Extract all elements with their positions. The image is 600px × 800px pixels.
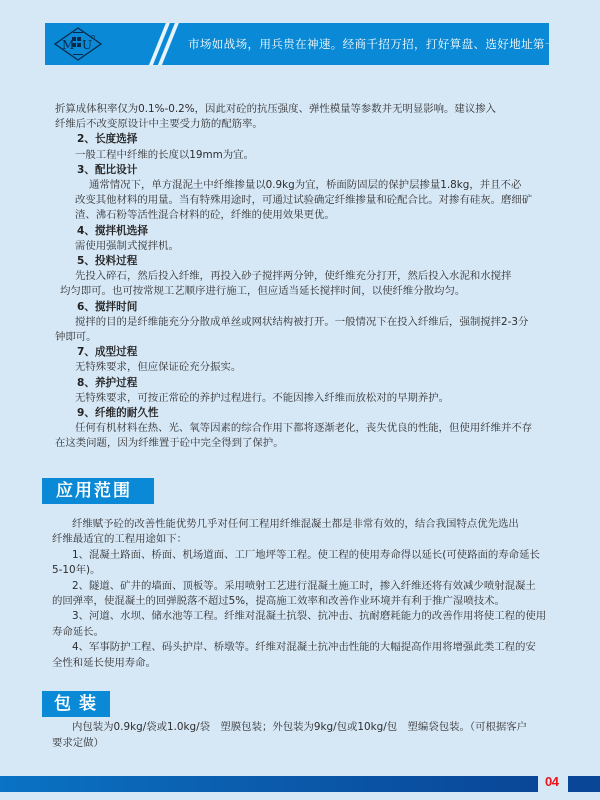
packaging-text: 内包装为0.9kg/袋或1.0kg/袋 塑膜包装；外包装为9kg/包或10kg/… — [52, 719, 562, 735]
step-heading-mixing-time: 6、搅拌时间 — [55, 300, 555, 315]
step-text: 搅拌的目的是纤维能充分分散成单丝或网状结构被打开。一般情况下在投入纤维后，强制搅… — [55, 315, 555, 330]
header-banner: M U 市场如战场，用兵贵在神速。经商千招万招，打好算盘、选好地址第一招。 — [45, 23, 549, 65]
step-heading-curing: 8、养护过程 — [55, 376, 555, 391]
application-intro: 纤维最适宜的工程用途如下： — [52, 532, 557, 547]
mbu-diamond-logo-icon: M U — [53, 26, 103, 62]
step-text: 改变其他材料的用量。当有特殊用途时，可通过试验确定纤维掺量和砼配合比。对掺有硅灰… — [55, 193, 555, 208]
step-text: 任何有机材料在热、光、氧等因素的综合作用下都将逐渐老化，丧失优良的性能，但使用纤… — [55, 421, 555, 436]
step-text: 渣、沸石粉等活性混合材料的砼，纤维的使用效果更优。 — [55, 208, 555, 223]
application-item: 全性和延长使用寿命。 — [52, 656, 557, 671]
application-item: 1、混凝土路面、桥面、机场道面、工厂地坪等工程。使工程的使用寿命得以延长(可使路… — [52, 548, 557, 563]
step-text: 一般工程中纤维的长度以19mm为宜。 — [55, 148, 555, 163]
step-heading-length: 2、长度选择 — [55, 132, 555, 147]
application-item: 4、军事防护工程、码头护岸、桥墩等。纤维对混凝土抗冲击性能的大幅提高作用将增强此… — [52, 640, 557, 655]
step-text: 通常情况下，单方混泥土中纤维掺量以0.9kg为宜，桥面防固层的保护层掺量1.8k… — [55, 178, 555, 193]
header-slogan: 市场如战场，用兵贵在神速。经商千招万招，打好算盘、选好地址第一招。 — [188, 23, 549, 65]
packaging-text: 要求定做） — [52, 735, 562, 751]
application-item: 的回弹率，使混凝土的回弹脱落不超过5%，提高施工效率和改善作业环境并有利于推广湿… — [52, 594, 557, 609]
application-item: 5-10年)。 — [52, 563, 557, 578]
step-text: 无特殊要求，可按正常砼的养护过程进行。不能因掺入纤维而放松对的早期养护。 — [55, 391, 555, 406]
application-item: 2、隧道、矿井的墙面、顶板等。采用喷射工艺进行混凝土施工时，掺入纤维还将有效减少… — [52, 579, 557, 594]
construction-guidelines: 折算成体积率仅为0.1%-0.2%，因此对砼的抗压强度、弹性模量等参数并无明显影… — [55, 102, 555, 452]
packaging-content: 内包装为0.9kg/袋或1.0kg/袋 塑膜包装；外包装为9kg/包或10kg/… — [52, 719, 562, 751]
step-heading-mix-design: 3、配比设计 — [55, 163, 555, 178]
section-title-application: 应用范围 — [42, 478, 154, 504]
step-text: 需使用强制式搅拌机。 — [55, 239, 555, 254]
page-number: 04 — [545, 774, 558, 789]
footer-bar-end — [568, 776, 600, 792]
step-text: 在这类问题，因为纤维置于砼中完全得到了保护。 — [55, 436, 555, 451]
footer-bar — [0, 776, 538, 792]
section-title-packaging: 包装 — [42, 691, 110, 717]
intro-line: 纤维后不改变原设计中主要受力筋的配筋率。 — [55, 117, 555, 132]
step-heading-feeding: 5、投料过程 — [55, 254, 555, 269]
step-heading-mixer: 4、搅拌机选择 — [55, 224, 555, 239]
step-text: 钟即可。 — [55, 330, 555, 345]
step-heading-forming: 7、成型过程 — [55, 345, 555, 360]
application-item: 寿命延长。 — [52, 625, 557, 640]
step-heading-durability: 9、纤维的耐久性 — [55, 406, 555, 421]
application-intro: 纤维赋予砼的改善性能优势几乎对任何工程用纤维混凝土都是非常有效的，结合我国特点优… — [52, 517, 557, 532]
step-text: 无特殊要求，但应保证砼充分振实。 — [55, 360, 555, 375]
step-text: 先投入碎石，然后投入纤维，再投入砂子搅拌两分钟，使纤维充分打开，然后投入水泥和水… — [55, 269, 555, 284]
intro-line: 折算成体积率仅为0.1%-0.2%，因此对砼的抗压强度、弹性模量等参数并无明显影… — [55, 102, 555, 117]
application-content: 纤维赋予砼的改善性能优势几乎对任何工程用纤维混凝土都是非常有效的，结合我国特点优… — [52, 517, 557, 671]
application-item: 3、河道、水坝、储水池等工程。纤维对混凝土抗裂、抗冲击、抗耐磨耗能力的改善作用将… — [52, 609, 557, 624]
brochure-page: M U 市场如战场，用兵贵在神速。经商千招万招，打好算盘、选好地址第一招。 折算… — [0, 0, 600, 800]
step-text: 均匀即可。也可按常规工艺顺序进行施工，但应适当延长搅拌时间，以使纤维分散均匀。 — [55, 284, 555, 299]
svg-text:U: U — [82, 38, 92, 52]
